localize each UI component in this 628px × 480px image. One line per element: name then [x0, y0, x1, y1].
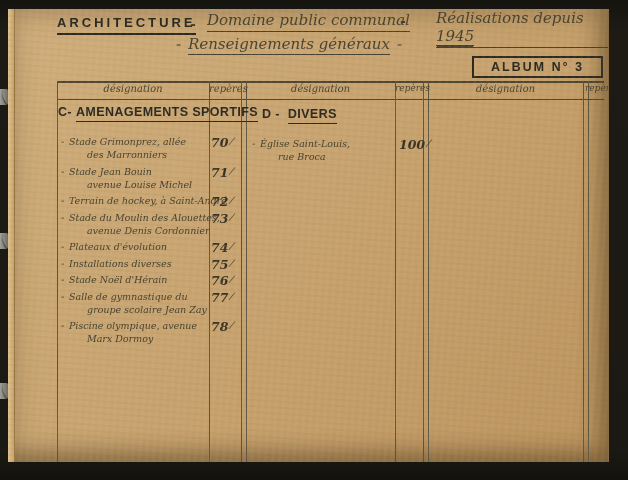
column-header-designation-2: désignation — [246, 84, 395, 95]
item-ref-tick: / — [228, 166, 235, 179]
section-heading-text: AMENAGEMENTS SPORTIFS — [76, 105, 258, 122]
dash-left: - — [176, 35, 181, 53]
item-text-line: rue Broca — [260, 151, 399, 164]
subtitle-domain: Domaine public communal — [207, 11, 410, 32]
item-text-line: Piscine olympique, avenue — [69, 320, 211, 333]
item-ref: 73/ — [211, 212, 241, 225]
item-text: Stade Jean Bouinavenue Louise Michel — [69, 166, 211, 192]
section-d-item-list: -Église Saint-Louis,rue Broca100/ — [252, 138, 442, 168]
subtitle-renseignements-text: Renseignements généraux — [188, 35, 390, 55]
item-ref-number: 75 — [211, 258, 228, 271]
item-ref-number: 78 — [211, 320, 228, 333]
item-bullet: - — [61, 136, 69, 149]
item-ref: 72/ — [211, 195, 241, 208]
item-bullet: - — [61, 291, 69, 304]
item-bullet: - — [61, 258, 69, 271]
section-letter: C- — [58, 105, 72, 119]
item-ref-tick: / — [228, 212, 235, 225]
section-heading-text: DIVERS — [288, 107, 337, 124]
table-vertical-rule — [583, 81, 584, 462]
item-bullet: - — [61, 212, 69, 225]
subtitle-realisations: Réalisations depuis 1945 — [436, 9, 608, 48]
item-bullet: - — [61, 241, 69, 254]
section-c-item-list: -Stade Grimonprez, alléedes Marronniers7… — [61, 136, 251, 350]
item-text-line: Stade Grimonprez, allée — [69, 136, 211, 149]
photo-background: ARCHITECTURE - Domaine public communal -… — [0, 0, 628, 480]
table-header-rule — [57, 99, 604, 100]
item-text: Terrain de hockey, à Saint-André — [69, 195, 211, 208]
item-text-line: Église Saint-Louis, — [260, 138, 399, 151]
subtitle-renseignements: -Renseignements généraux- — [176, 35, 402, 53]
item-ref: 76/ — [211, 274, 241, 287]
album-number-box: ALBUM N° 3 — [472, 56, 603, 78]
item-ref-number: 72 — [211, 195, 228, 208]
table-item-row: -Stade Jean Bouinavenue Louise Michel71/ — [61, 166, 251, 192]
item-ref-number: 71 — [211, 166, 228, 179]
table-item-row: -Plateaux d'évolution74/ — [61, 241, 251, 254]
header-dash: - — [190, 17, 196, 33]
column-header-designation-1: désignation — [57, 84, 209, 95]
section-letter: D - — [262, 107, 280, 121]
item-ref: 70/ — [211, 136, 241, 149]
item-text-line: des Marronniers — [69, 149, 211, 162]
column-header-reperes-3: repères — [585, 84, 609, 94]
item-text-line: Salle de gymnastique du — [69, 291, 211, 304]
item-text-line: Stade Noël d'Hérain — [69, 274, 211, 287]
item-ref-number: 74 — [211, 241, 228, 254]
item-ref-tick: / — [228, 291, 235, 304]
table-item-row: -Terrain de hockey, à Saint-André72/ — [61, 195, 251, 208]
item-text: Installations diverses — [69, 258, 211, 271]
item-bullet: - — [61, 274, 69, 287]
item-text-line: avenue Louise Michel — [69, 179, 211, 192]
item-bullet: - — [61, 195, 69, 208]
table-item-row: -Église Saint-Louis,rue Broca100/ — [252, 138, 442, 164]
page-stack-edge — [8, 9, 15, 462]
item-ref: 100/ — [399, 138, 430, 151]
column-header-designation-3: désignation — [428, 84, 583, 95]
item-text-line: Stade du Moulin des Alouettes, — [69, 212, 211, 225]
table-item-row: -Piscine olympique, avenueMarx Dormoy78/ — [61, 320, 251, 346]
item-text: Stade Grimonprez, alléedes Marronniers — [69, 136, 211, 162]
table-item-row: -Stade Noël d'Hérain76/ — [61, 274, 251, 287]
column-header-reperes-1: repères — [209, 84, 241, 95]
subtitle-year: 1945 — [436, 27, 474, 46]
item-text-line: groupe scolaire Jean Zay — [69, 304, 211, 317]
item-text: Église Saint-Louis,rue Broca — [260, 138, 399, 164]
item-ref-tick: / — [228, 258, 235, 271]
item-ref-number: 77 — [211, 291, 228, 304]
item-text: Stade du Moulin des Alouettes,avenue Den… — [69, 212, 211, 238]
item-text: Stade Noël d'Hérain — [69, 274, 211, 287]
section-heading-amenagements-sportifs: C-AMENAGEMENTS SPORTIFS — [58, 105, 258, 119]
item-text-line: Terrain de hockey, à Saint-André — [69, 195, 211, 208]
item-text-line: Plateaux d'évolution — [69, 241, 211, 254]
section-heading-divers: D -DIVERS — [262, 107, 337, 121]
item-ref: 77/ — [211, 291, 241, 304]
document-page: ARCHITECTURE - Domaine public communal -… — [8, 9, 609, 462]
page-title: ARCHITECTURE — [57, 15, 196, 35]
item-ref-tick: / — [228, 274, 235, 287]
table-top-rule — [57, 81, 604, 83]
table-item-row: -Stade du Moulin des Alouettes,avenue De… — [61, 212, 251, 238]
subtitle-realisations-text: Réalisations depuis — [436, 9, 584, 27]
table-item-row: -Stade Grimonprez, alléedes Marronniers7… — [61, 136, 251, 162]
item-ref-tick: / — [228, 195, 235, 208]
item-text-line: Installations diverses — [69, 258, 211, 271]
item-bullet: - — [61, 320, 69, 333]
dash-right: - — [397, 35, 402, 53]
item-bullet: - — [252, 138, 260, 151]
table-vertical-rule — [57, 81, 58, 462]
item-text: Piscine olympique, avenueMarx Dormoy — [69, 320, 211, 346]
item-bullet: - — [61, 166, 69, 179]
header-dash: - — [400, 14, 406, 30]
item-ref: 71/ — [211, 166, 241, 179]
item-ref-tick: / — [228, 241, 235, 254]
item-ref-number: 76 — [211, 274, 228, 287]
album-label: ALBUM N° 3 — [491, 60, 584, 74]
item-text-line: Stade Jean Bouin — [69, 166, 211, 179]
item-text-line: Marx Dormoy — [69, 333, 211, 346]
item-ref-number: 100 — [399, 138, 425, 151]
item-ref-number: 70 — [211, 136, 228, 149]
item-ref-tick: / — [228, 136, 235, 149]
table-item-row: -Salle de gymnastique dugroupe scolaire … — [61, 291, 251, 317]
item-text: Salle de gymnastique dugroupe scolaire J… — [69, 291, 211, 317]
item-ref: 75/ — [211, 258, 241, 271]
item-ref-tick: / — [425, 138, 432, 151]
item-text-line: avenue Denis Cordonnier — [69, 225, 211, 238]
table-vertical-rule — [588, 81, 589, 462]
item-ref-number: 73 — [211, 212, 228, 225]
item-ref-tick: / — [228, 320, 235, 333]
item-ref: 74/ — [211, 241, 241, 254]
item-ref: 78/ — [211, 320, 241, 333]
item-text: Plateaux d'évolution — [69, 241, 211, 254]
column-header-reperes-2: repères — [395, 84, 423, 94]
table-item-row: -Installations diverses75/ — [61, 258, 251, 271]
